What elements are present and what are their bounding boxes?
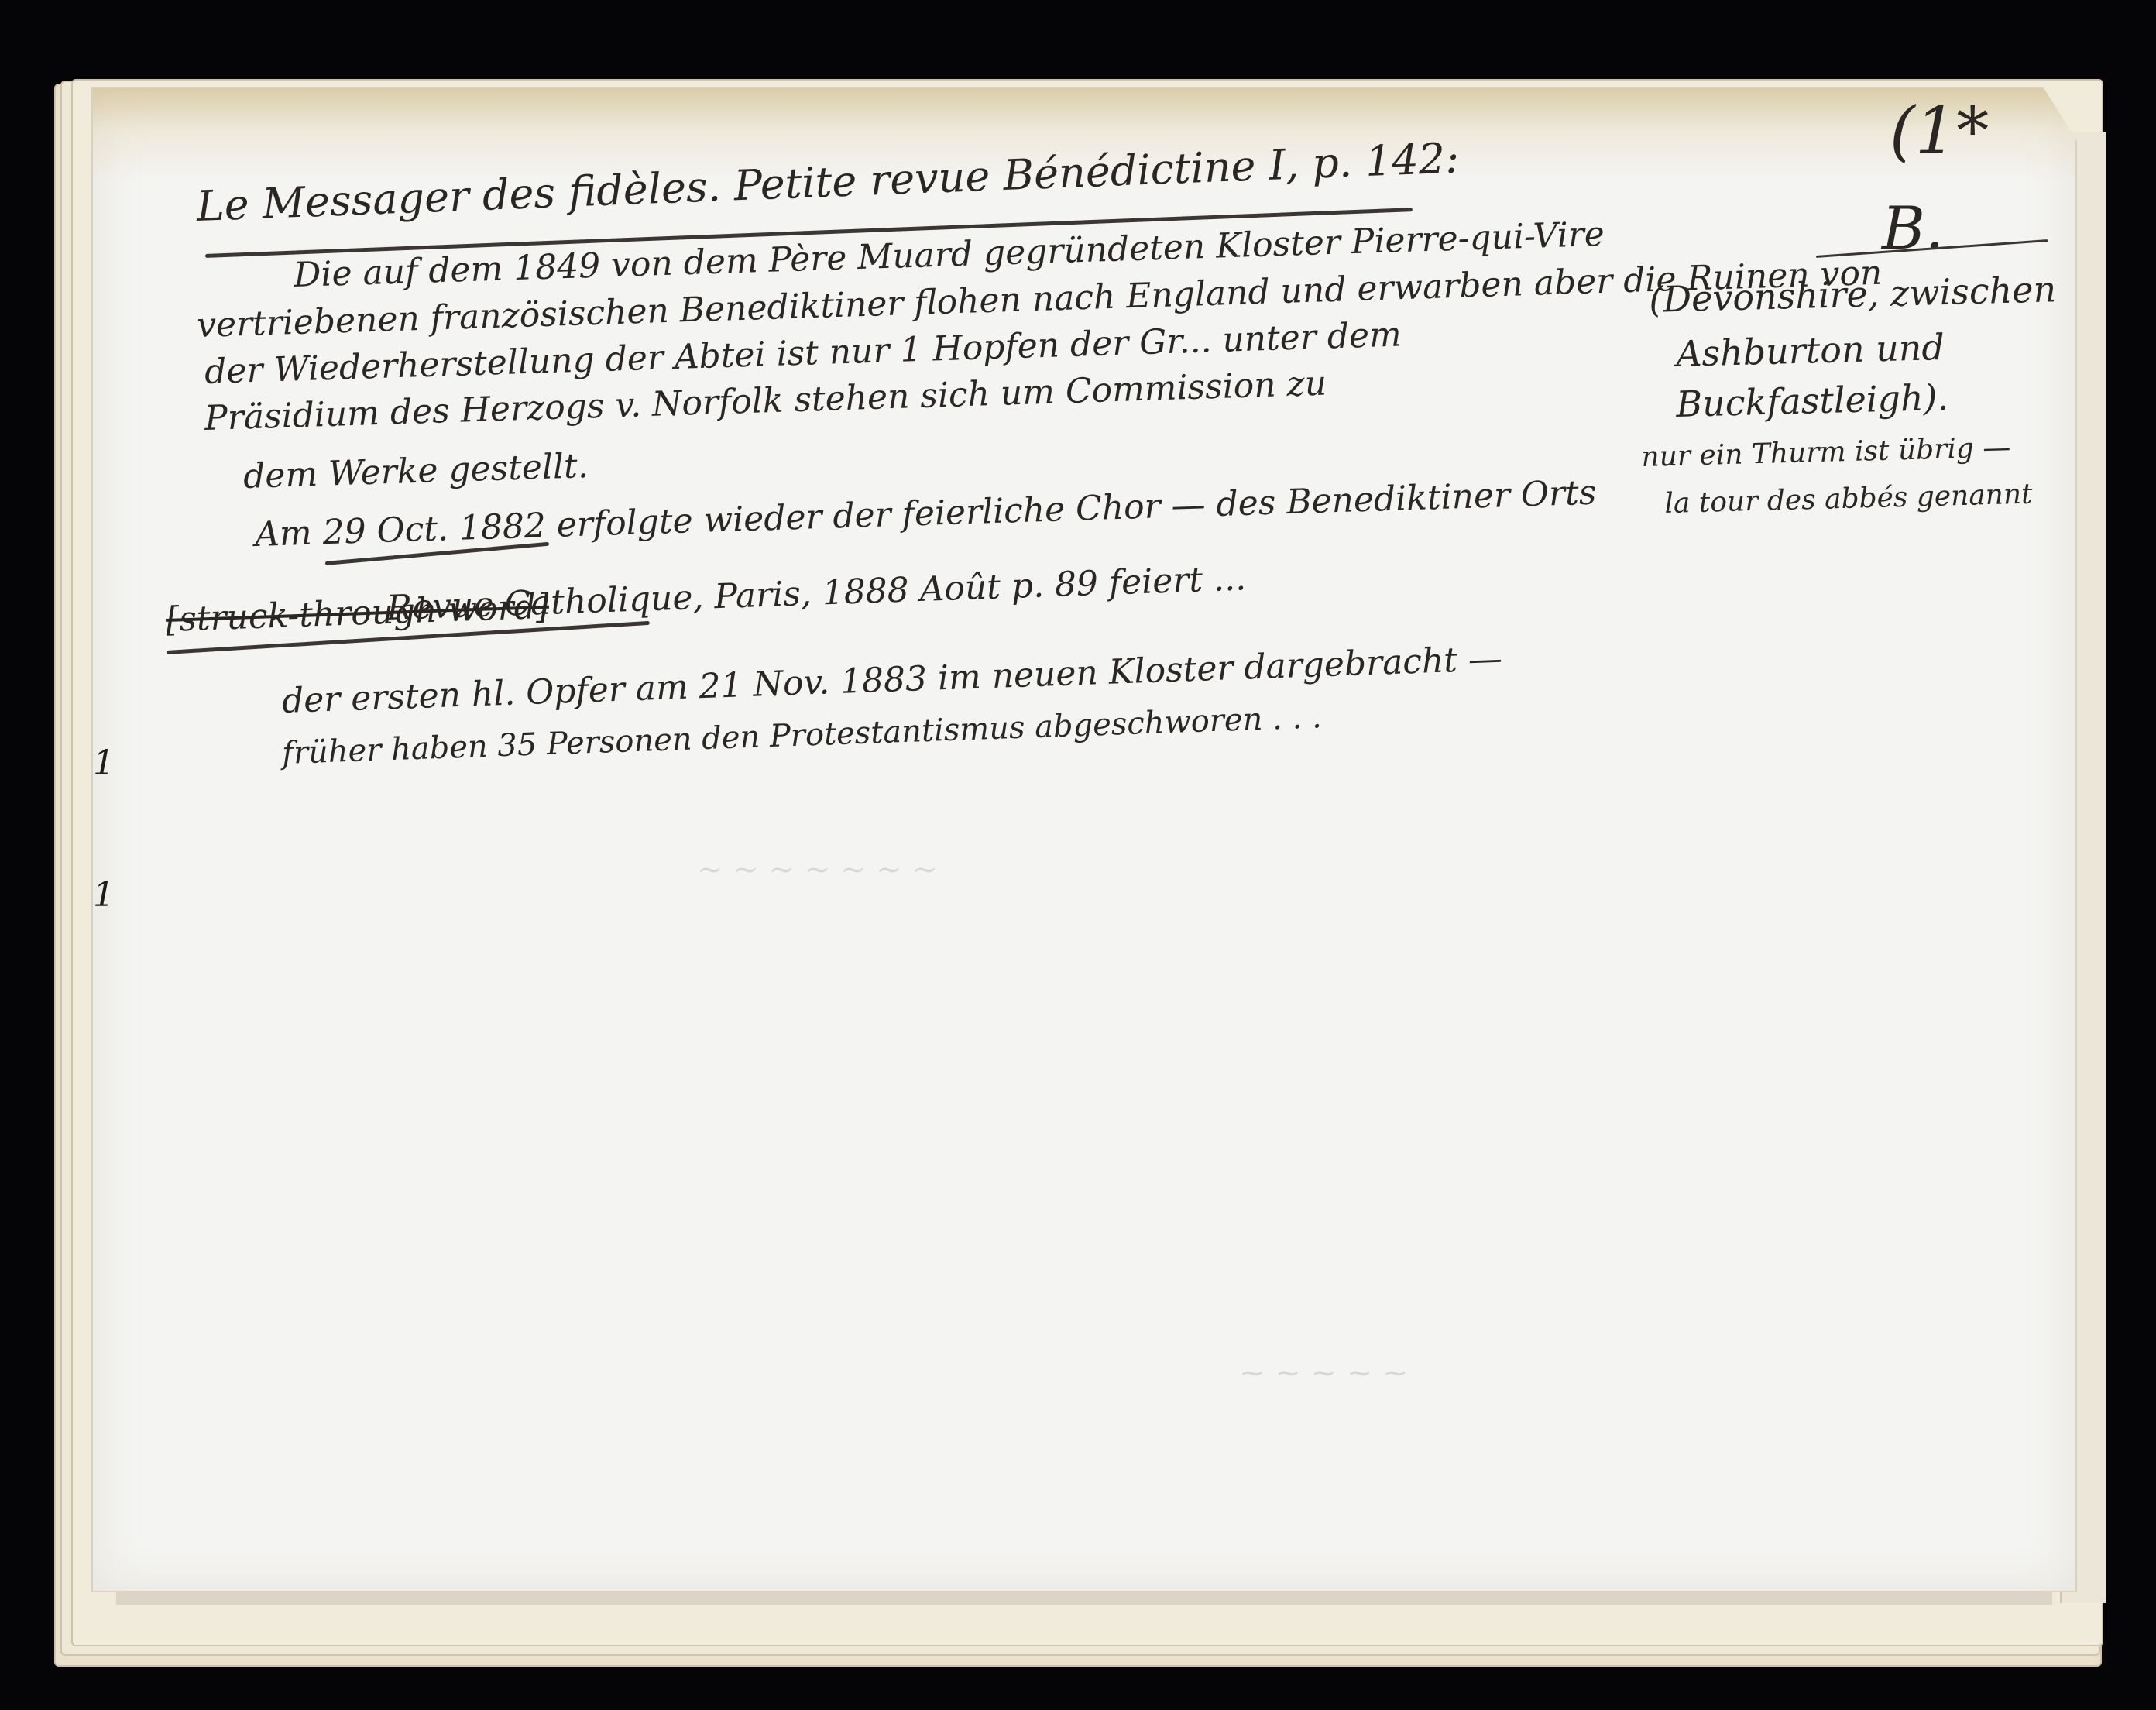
left-edge-mark: 1	[93, 743, 115, 783]
bleed-through: ~ ~ ~ ~ ~ ~ ~	[697, 852, 938, 888]
bleed-through: ~ ~ ~ ~ ~	[1239, 1355, 1408, 1391]
folio-mark: (1*	[1890, 93, 1989, 169]
left-edge-mark: 1	[93, 875, 115, 915]
margin-line: Ashburton und	[1676, 326, 1945, 375]
margin-line: Buckfastleigh).	[1676, 376, 1949, 425]
